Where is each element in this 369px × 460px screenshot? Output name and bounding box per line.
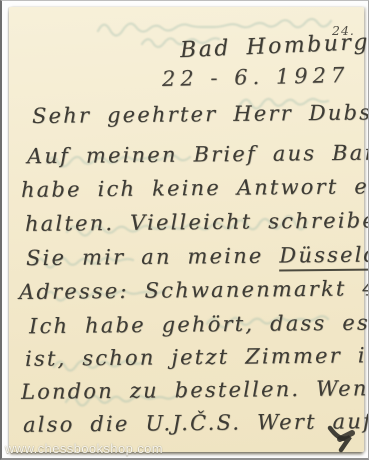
letter-line: Ich habe gehört, dass es nötig xyxy=(29,310,369,338)
underlined-word: Düsseldorfer xyxy=(279,242,369,272)
letter-line: Auf meinen Brief aus Barcelona xyxy=(27,140,369,169)
letter-line-salutation: Sehr geehrter Herr Dubsky! xyxy=(32,100,369,128)
line-text: Sehr geehrter Herr Dubsky! xyxy=(32,100,369,128)
line-text: London zu bestellen. Wenn xyxy=(21,376,369,404)
letter-line: also die U.J.Č.S. Wert auf xyxy=(23,409,369,437)
line-text: ist, schon jetzt Zimmer in xyxy=(25,343,369,371)
letter-photo: 24. Bad Homburg 22 - 6. 1927 Sehr geehrt… xyxy=(0,0,369,460)
letter-line: Adresse: Schwanenmarkt 4II. xyxy=(19,276,369,304)
line-text: also die U.J.Č.S. Wert auf xyxy=(23,409,369,437)
letter-line: London zu bestellen. Wenn xyxy=(21,376,369,404)
line-text: Auf meinen Brief aus Barcelona xyxy=(27,140,369,169)
line-text: Ich habe gehört, dass es nötig xyxy=(29,310,369,338)
letter-line: habe ich keine Antwort er- xyxy=(21,174,369,202)
dateline-date: 22 - 6. 1927 xyxy=(162,63,350,91)
line-text: habe ich keine Antwort er- xyxy=(21,174,369,202)
line-text: Adresse: Schwanenmarkt 4 xyxy=(19,276,369,304)
line-text: Sie mir an meine xyxy=(26,244,280,271)
watermark-overlay: www.chessbookshop.com xyxy=(5,441,163,456)
line-text: halten. Vielleicht schreiben xyxy=(25,208,369,236)
letter-line: ist, schon jetzt Zimmer in xyxy=(25,343,369,371)
letter-line: halten. Vielleicht schreiben xyxy=(25,208,369,236)
letter-line: Sie mir an meine Düsseldorfer xyxy=(26,242,369,270)
